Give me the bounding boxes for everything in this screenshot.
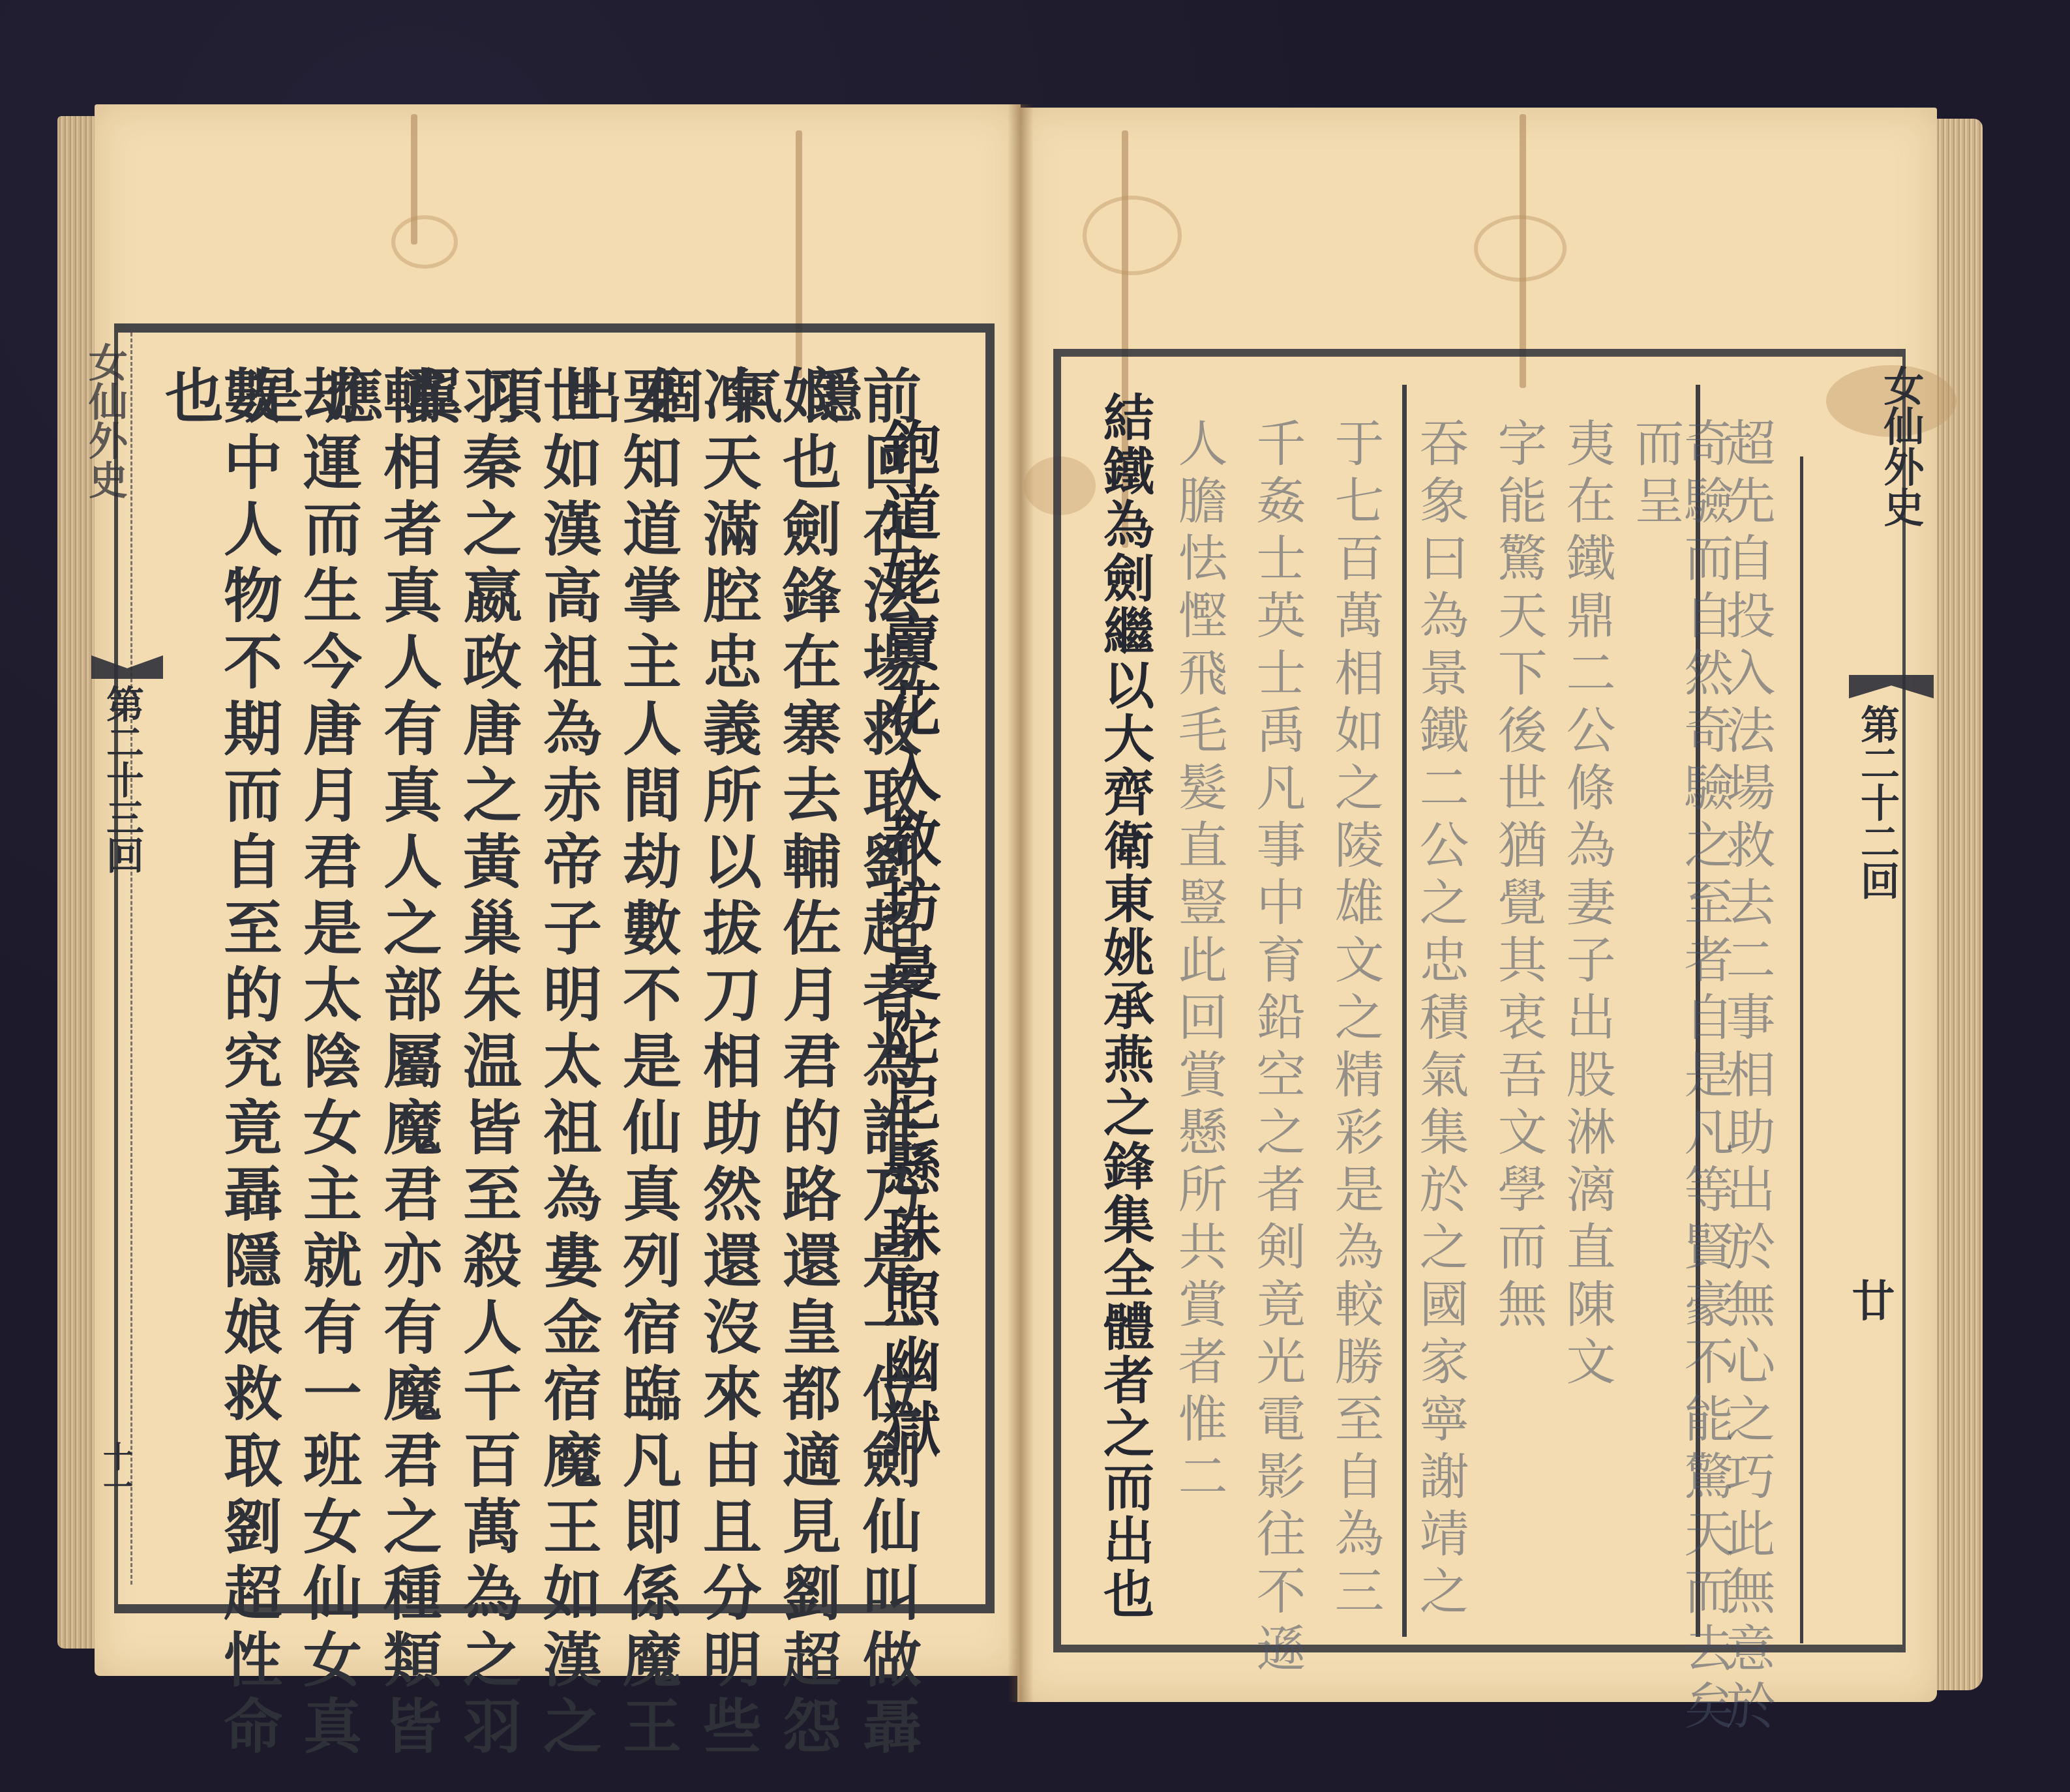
commentary-column: 人膽怯慳飛毛髮直豎此回賞懸所共賞者惟二: [1174, 417, 1223, 1508]
commentary-column: 千姦士英士禹凡事中育鉛空之者剣竟光電影往不遜: [1252, 417, 1302, 1680]
margin-page-number: 廿: [1839, 1278, 1901, 1321]
worm-track: [1083, 196, 1182, 275]
margin-chapter-label: 第二十三回: [95, 685, 149, 874]
margin-page-number: 十一: [95, 1441, 138, 1501]
right-page-edges: [1930, 119, 1983, 1690]
text-column: 數中人物不期而自至的究竟聶隱娘救取劉超性命也: [160, 365, 277, 1792]
margin-book-title: 女仙外史: [1872, 365, 1930, 527]
commentary-column: 字能驚天下後世猶覺其衷吾文學而無: [1493, 417, 1543, 1336]
column-rule: [1402, 385, 1407, 1637]
book-gutter: [1008, 104, 1034, 1702]
commentary-column: 奇驗而自然奇驗之至者自是凡等賢豪不能驚天而去矣而呈: [1630, 417, 1730, 1792]
commentary-column: 夷在鐵鼎二公條為妻子出股淋漓直陳文: [1562, 417, 1612, 1393]
left-margin-rule: [130, 333, 133, 1585]
margin-chapter-label: 第二十二回: [1849, 704, 1905, 900]
commentary-column: 于七百萬相如之陵雄文之精彩是為較勝至自為三: [1330, 417, 1380, 1622]
worm-track: [391, 215, 458, 269]
margin-rule: [1800, 456, 1803, 1643]
margin-book-title: 女仙外史: [77, 342, 133, 499]
worm-track: [1474, 215, 1567, 282]
commentary-column: 吞象曰為景鐵二公之忠積氣集於之國家寧謝靖之: [1415, 417, 1465, 1622]
commentary-column: 結鐵為劍繼以大齊衛東姚承燕之鋒集全體者之而出也: [1099, 391, 1150, 1621]
